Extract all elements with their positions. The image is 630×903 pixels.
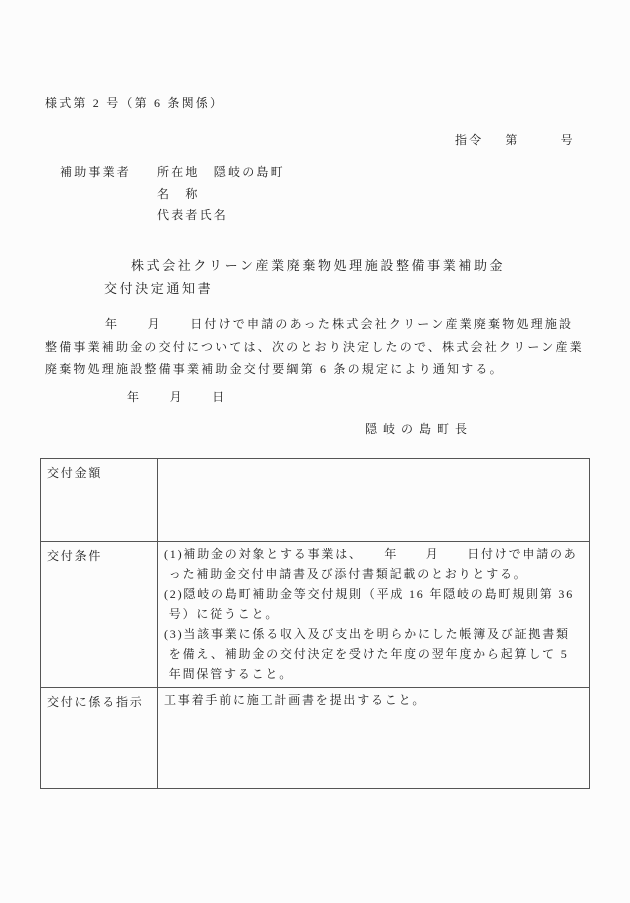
directive-number-line: 指令第号 [455,133,575,147]
condition-line: (2)隠岐の島町補助金等交付規則（平成 16 年隠岐の島町規則第 36 [164,584,587,604]
row-label-grant-amount: 交付金額 [41,459,158,541]
document-title-line1: 株式会社クリーン産業廃棄物処理施設整備事業補助金 [131,259,505,273]
condition-line: を備え、補助金の交付決定を受けた年度の翌年度から起算して 5 [164,644,587,664]
recipient-representative-line: 代表者氏名 [157,208,228,222]
condition-line: った補助金交付申請書及び添付書類記載のとおりとする。 [164,564,587,584]
condition-line: 年間保管すること。 [164,664,587,684]
instruction-line: 工事着手前に施工計画書を提出すること。 [164,690,587,710]
grant-decision-table: 交付金額 交付条件 (1)補助金の対象とする事業は、 年 月 日付けで申請のあ … [40,458,590,789]
signer-name: 隠岐の島町長 [365,422,473,436]
body-paragraph-line2: 整備事業補助金の交付については、次のとおり決定したので、株式会社クリーン産業 [45,340,584,354]
directive-label: 指令 [455,133,483,147]
directive-go: 号 [561,133,575,147]
row-content-grant-instructions: 工事着手前に施工計画書を提出すること。 [158,688,589,788]
condition-line: (3)当該事業に係る収入及び支出を明らかにした帳簿及び証拠書類 [164,624,587,644]
table-row-grant-conditions: 交付条件 (1)補助金の対象とする事業は、 年 月 日付けで申請のあ った補助金… [41,542,589,688]
table-row-grant-instructions: 交付に係る指示 工事着手前に施工計画書を提出すること。 [41,688,589,788]
row-label-grant-conditions: 交付条件 [41,542,158,687]
document-title-line2: 交付決定通知書 [104,282,213,296]
row-label-grant-instructions: 交付に係る指示 [41,688,158,788]
recipient-name-line: 名 称 [157,187,200,201]
document-page: 様式第 2 号（第 6 条関係） 指令第号 補助事業者 所在地 隠岐の島町 名 … [0,0,630,903]
row-content-grant-amount [158,459,589,541]
recipient-address-line: 所在地 隠岐の島町 [157,165,285,179]
date-line: 年 月 日 [127,390,226,404]
directive-dai: 第 [505,133,519,147]
condition-line: 号）に従うこと。 [164,604,587,624]
row-content-grant-conditions: (1)補助金の対象とする事業は、 年 月 日付けで申請のあ った補助金交付申請書… [158,542,589,687]
table-row-grant-amount: 交付金額 [41,459,589,542]
body-paragraph-line3: 廃棄物処理施設整備事業補助金交付要綱第 6 条の規定により通知する。 [45,362,504,376]
form-number: 様式第 2 号（第 6 条関係） [45,96,224,110]
condition-line: (1)補助金の対象とする事業は、 年 月 日付けで申請のあ [164,544,587,564]
body-paragraph-line1: 年 月 日付けで申請のあった株式会社クリーン産業廃棄物処理施設 [105,317,573,331]
recipient-label: 補助事業者 [60,165,131,179]
